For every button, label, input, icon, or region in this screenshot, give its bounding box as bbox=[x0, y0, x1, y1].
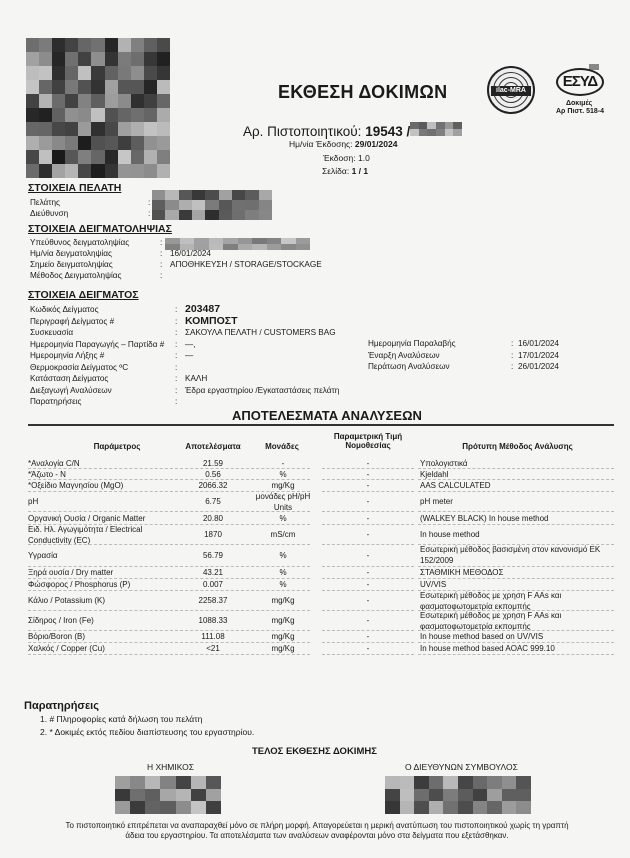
cell-method: Εσωτερική μέθοδος με χρηση F AAs και φασ… bbox=[420, 591, 610, 612]
field-label: Ημερομηνία Παραγωγής – Παρτίδα # bbox=[30, 340, 164, 349]
field-value: ΚΟΜΠΟΣΤ bbox=[185, 315, 237, 327]
header-units: Μονάδες bbox=[252, 442, 312, 451]
cell-parameter: Οργανική Ουσία / Organic Matter bbox=[28, 514, 178, 523]
field-colon: : bbox=[175, 340, 177, 349]
results-divider bbox=[28, 424, 614, 426]
field-colon: : bbox=[148, 209, 150, 218]
field-label: Κατάσταση Δείγματος bbox=[30, 374, 108, 383]
ilac-mra-logo-icon: ilac-MRA bbox=[487, 66, 535, 114]
field-label: Περάτωση Αναλύσεων bbox=[368, 362, 450, 371]
field-label: Έναρξη Αναλύσεων bbox=[368, 351, 440, 360]
issue-date: Ημ/νία Έκδοσης: 29/01/2024 bbox=[289, 139, 397, 149]
page-number: Σελίδα: 1 / 1 bbox=[322, 166, 368, 176]
row-divider bbox=[322, 511, 414, 512]
row-divider bbox=[28, 630, 178, 631]
row-divider bbox=[180, 479, 310, 480]
cell-result: 111.08 bbox=[178, 632, 248, 641]
row-divider bbox=[180, 630, 310, 631]
cell-limit: - bbox=[318, 616, 418, 625]
cell-result: 43.21 bbox=[178, 568, 248, 577]
cell-units: % bbox=[252, 514, 314, 523]
field-colon: : bbox=[175, 397, 177, 406]
cell-units: mg/Kg bbox=[252, 481, 314, 490]
esyd-accreditation-number: Αρ Πιστ. 518-4 bbox=[556, 108, 604, 115]
cell-result: <21 bbox=[178, 644, 248, 653]
row-divider bbox=[180, 524, 310, 525]
cell-result: 2066.32 bbox=[178, 481, 248, 490]
cell-parameter: *Οξείδιο Μαγνησίου (MgO) bbox=[28, 481, 178, 490]
cell-method: Εσωτερική μέθοδος με χρηση F AAs και φασ… bbox=[420, 611, 610, 632]
cell-result: 1870 bbox=[178, 530, 248, 539]
row-divider bbox=[418, 642, 614, 643]
cell-units: % bbox=[252, 580, 314, 589]
field-value: Έδρα εργαστηρίου /Εγκαταστάσεις πελάτη bbox=[185, 386, 339, 395]
ceo-signature-label: Ο ΔΙΕΥΘΥΝΩΝ ΣΥΜΒΟΥΛΟΣ bbox=[405, 762, 518, 772]
row-divider bbox=[322, 479, 414, 480]
field-colon: : bbox=[175, 386, 177, 395]
cell-method: In house method bbox=[420, 530, 610, 539]
sampling-section-title: ΣΤΟΙΧΕΙΑ ΔΕΙΓΜΑΤΟΛΗΨΙΑΣ bbox=[28, 223, 172, 235]
field-value: ΑΠΟΘΗΚΕΥΣΗ / STORAGE/STOCKAGE bbox=[170, 260, 322, 269]
header-limit: Παραμετρική Τιμή Νομοθεσίας bbox=[318, 432, 418, 450]
cell-limit: - bbox=[318, 497, 418, 506]
field-value: ΚΑΛΗ bbox=[185, 374, 207, 383]
cell-units: μονάδες pH/pH Units bbox=[252, 492, 314, 513]
cell-result: 21.59 bbox=[178, 459, 248, 468]
cell-limit: - bbox=[318, 596, 418, 605]
header-result: Αποτελέσματα bbox=[178, 442, 248, 451]
cell-limit: - bbox=[318, 470, 418, 479]
cell-method: AAS CALCULATED bbox=[420, 481, 610, 490]
chemist-signature-label: Η ΧΗΜΙΚΟΣ bbox=[147, 762, 194, 772]
cell-units: mg/Kg bbox=[252, 644, 314, 653]
row-divider bbox=[418, 524, 614, 525]
cell-result: 0.56 bbox=[178, 470, 248, 479]
test-report-page: ΕΚΘΕΣΗ ΔΟΚΙΜΩΝ ilac-MRA ΕΣΥΔ Δοκιμές Αρ … bbox=[0, 0, 630, 858]
field-colon: : bbox=[511, 351, 513, 360]
version: Έκδοση: 1.0 bbox=[323, 153, 370, 163]
cell-units: - bbox=[252, 459, 314, 468]
field-colon: : bbox=[160, 260, 162, 269]
field-label: Διεύθυνση bbox=[30, 209, 68, 218]
cell-method: ΣΤΑΘΜΙΚΗ ΜΕΘΟΔΟΣ bbox=[420, 568, 610, 577]
field-colon: : bbox=[175, 351, 177, 360]
row-divider bbox=[418, 511, 614, 512]
cell-limit: - bbox=[318, 632, 418, 641]
header-method: Πρότυπη Μέθοδος Ανάλυσης bbox=[420, 442, 615, 451]
redacted-ceo-signature bbox=[385, 776, 531, 814]
redacted-certificate-suffix bbox=[410, 122, 462, 136]
cell-parameter: Υγρασία bbox=[28, 551, 178, 560]
row-divider bbox=[322, 630, 414, 631]
row-divider bbox=[28, 544, 178, 545]
notes-title: Παρατηρήσεις bbox=[24, 700, 99, 712]
certificate-number: Αρ. Πιστοποιητικού: 19543 / bbox=[243, 124, 410, 139]
row-divider bbox=[180, 566, 310, 567]
header-parameter: Παράμετρος bbox=[62, 442, 172, 451]
field-label: Μέθοδος Δειγματοληψίας bbox=[30, 271, 121, 280]
row-divider bbox=[180, 511, 310, 512]
field-label: Θερμοκρασία Δείγματος ºC bbox=[30, 363, 128, 372]
field-label: Παρατηρήσεις bbox=[30, 397, 82, 406]
row-divider bbox=[28, 590, 178, 591]
cell-method: In house method based AOAC 999.10 bbox=[420, 644, 610, 653]
row-divider bbox=[418, 630, 614, 631]
cell-limit: - bbox=[318, 551, 418, 560]
cell-parameter: Ειδ. Ηλ. Αγωγιμότητα / Electrical Conduc… bbox=[28, 525, 178, 546]
cell-parameter: *Άζωτο - N bbox=[28, 470, 178, 479]
field-colon: : bbox=[160, 249, 162, 258]
row-divider bbox=[322, 578, 414, 579]
results-title: ΑΠΟΤΕΛΕΣΜΑΤΑ ΑΝΑΛΥΣΕΩΝ bbox=[232, 408, 422, 423]
cell-units: mg/Kg bbox=[252, 632, 314, 641]
cell-units: % bbox=[252, 470, 314, 479]
row-divider bbox=[322, 544, 414, 545]
cell-method: Υπολογιστικά bbox=[420, 459, 610, 468]
row-divider bbox=[322, 524, 414, 525]
row-divider bbox=[418, 566, 614, 567]
row-divider bbox=[28, 511, 178, 512]
cell-limit: - bbox=[318, 459, 418, 468]
end-of-report-title: ΤΕΛΟΣ ΕΚΘΕΣΗΣ ΔΟΚΙΜΗΣ bbox=[252, 746, 377, 757]
field-colon: : bbox=[148, 198, 150, 207]
cell-result: 56.79 bbox=[178, 551, 248, 560]
cell-limit: - bbox=[318, 644, 418, 653]
field-value: 203487 bbox=[185, 303, 220, 315]
field-value: —, bbox=[185, 340, 195, 349]
row-divider bbox=[418, 491, 614, 492]
cell-limit: - bbox=[318, 568, 418, 577]
cell-method: UV/VIS bbox=[420, 580, 610, 589]
row-divider bbox=[28, 642, 178, 643]
cell-result: 0.007 bbox=[178, 580, 248, 589]
cell-method: (WALKEY BLACK) In house method bbox=[420, 514, 610, 523]
field-colon: : bbox=[175, 317, 177, 326]
cell-units: % bbox=[252, 551, 314, 560]
cell-parameter: Ξηρά ουσία / Dry matter bbox=[28, 568, 178, 577]
field-colon: : bbox=[175, 305, 177, 314]
cell-limit: - bbox=[318, 481, 418, 490]
row-divider bbox=[28, 566, 178, 567]
row-divider bbox=[322, 610, 414, 611]
field-label: Περιγραφή Δείγματος # bbox=[30, 317, 114, 326]
esyd-logo-icon: ΕΣΥΔ bbox=[556, 68, 604, 96]
row-divider bbox=[28, 491, 178, 492]
field-value: — bbox=[185, 351, 193, 360]
cell-units: mg/Kg bbox=[252, 596, 314, 605]
redacted-chemist-signature bbox=[115, 776, 221, 814]
field-label: Σημείο δειγματοληψίας bbox=[30, 260, 113, 269]
cell-limit: - bbox=[318, 530, 418, 539]
row-divider bbox=[418, 578, 614, 579]
row-divider bbox=[322, 654, 414, 655]
field-label: Ημερομηνία Παραλαβής bbox=[368, 339, 456, 348]
field-colon: : bbox=[175, 363, 177, 372]
row-divider bbox=[180, 544, 310, 545]
row-divider bbox=[180, 642, 310, 643]
cell-result: 2258.37 bbox=[178, 596, 248, 605]
row-divider bbox=[28, 610, 178, 611]
field-colon: : bbox=[160, 271, 162, 280]
field-value: 26/01/2024 bbox=[518, 362, 559, 371]
field-label: Συσκευασία bbox=[30, 328, 73, 337]
cell-parameter: Βόριο/Boron (B) bbox=[28, 632, 178, 641]
cell-parameter: Σίδηρος / Iron (Fe) bbox=[28, 616, 178, 625]
field-colon: : bbox=[175, 328, 177, 337]
esyd-caption: Δοκιμές bbox=[566, 100, 592, 107]
report-title: ΕΚΘΕΣΗ ΔΟΚΙΜΩΝ bbox=[278, 82, 447, 103]
cell-parameter: Φώσφορος / Phosphorus (P) bbox=[28, 580, 178, 589]
field-label: Κωδικός Δείγματος bbox=[30, 305, 99, 314]
field-label: Ημ/νία δειγματοληψίας bbox=[30, 249, 112, 258]
field-colon: : bbox=[511, 339, 513, 348]
cell-units: mS/cm bbox=[252, 530, 314, 539]
field-label: Ημερομηνία Λήξης # bbox=[30, 351, 104, 360]
row-divider bbox=[28, 479, 178, 480]
client-section-title: ΣΤΟΙΧΕΙΑ ΠΕΛΑΤΗ bbox=[28, 182, 121, 194]
footer-disclaimer: Το πιστοποιητικό επιτρέπεται να αναπαραχ… bbox=[22, 821, 612, 841]
cell-result: 6.75 bbox=[178, 497, 248, 506]
field-colon: : bbox=[511, 362, 513, 371]
field-colon: : bbox=[160, 238, 162, 247]
cell-limit: - bbox=[318, 514, 418, 523]
field-value: 17/01/2024 bbox=[518, 351, 559, 360]
cell-units: % bbox=[252, 568, 314, 577]
field-value: 16/01/2024 bbox=[518, 339, 559, 348]
field-label: Πελάτης bbox=[30, 198, 60, 207]
row-divider bbox=[418, 654, 614, 655]
field-value: 16/01/2024 bbox=[170, 249, 211, 258]
field-label: Διεξαγωγή Αναλύσεων bbox=[30, 386, 112, 395]
row-divider bbox=[28, 654, 178, 655]
row-divider bbox=[180, 578, 310, 579]
row-divider bbox=[28, 578, 178, 579]
redacted-sampler-name bbox=[165, 238, 310, 250]
note-item: 2. * Δοκιμές εκτός πεδίου διαπίστευσης τ… bbox=[40, 727, 254, 737]
note-item: 1. # Πληροφορίες κατά δήλωση του πελάτη bbox=[40, 714, 202, 724]
row-divider bbox=[180, 610, 310, 611]
row-divider bbox=[180, 590, 310, 591]
cell-limit: - bbox=[318, 580, 418, 589]
sample-section-title: ΣΤΟΙΧΕΙΑ ΔΕΙΓΜΑΤΟΣ bbox=[28, 289, 139, 301]
cell-parameter: Χαλκός / Copper (Cu) bbox=[28, 644, 178, 653]
row-divider bbox=[322, 566, 414, 567]
row-divider bbox=[180, 654, 310, 655]
cell-method: pH meter bbox=[420, 497, 610, 506]
field-label: Υπεύθυνος δειγματοληψίας bbox=[30, 238, 129, 247]
row-divider bbox=[418, 479, 614, 480]
redacted-company-logo bbox=[26, 38, 170, 178]
cell-result: 1088.33 bbox=[178, 616, 248, 625]
row-divider bbox=[322, 491, 414, 492]
row-divider bbox=[322, 590, 414, 591]
row-divider bbox=[322, 642, 414, 643]
cell-parameter: pH bbox=[28, 497, 178, 506]
cell-parameter: Κάλιο / Potassium (K) bbox=[28, 596, 178, 605]
cell-parameter: *Αναλογία C/N bbox=[28, 459, 178, 468]
field-colon: : bbox=[175, 374, 177, 383]
cell-units: mg/Kg bbox=[252, 616, 314, 625]
redacted-client-info bbox=[152, 190, 272, 220]
cell-method: In house method based on UV/VIS bbox=[420, 632, 610, 641]
cell-method: Εσωτερική μέθοδος βασισμένη στον κανονισ… bbox=[420, 545, 610, 566]
cell-result: 20.80 bbox=[178, 514, 248, 523]
cell-method: Kjeldahl bbox=[420, 470, 610, 479]
field-value: ΣΑΚΟΥΛΑ ΠΕΛΑΤΗ / CUSTOMERS BAG bbox=[185, 328, 336, 337]
